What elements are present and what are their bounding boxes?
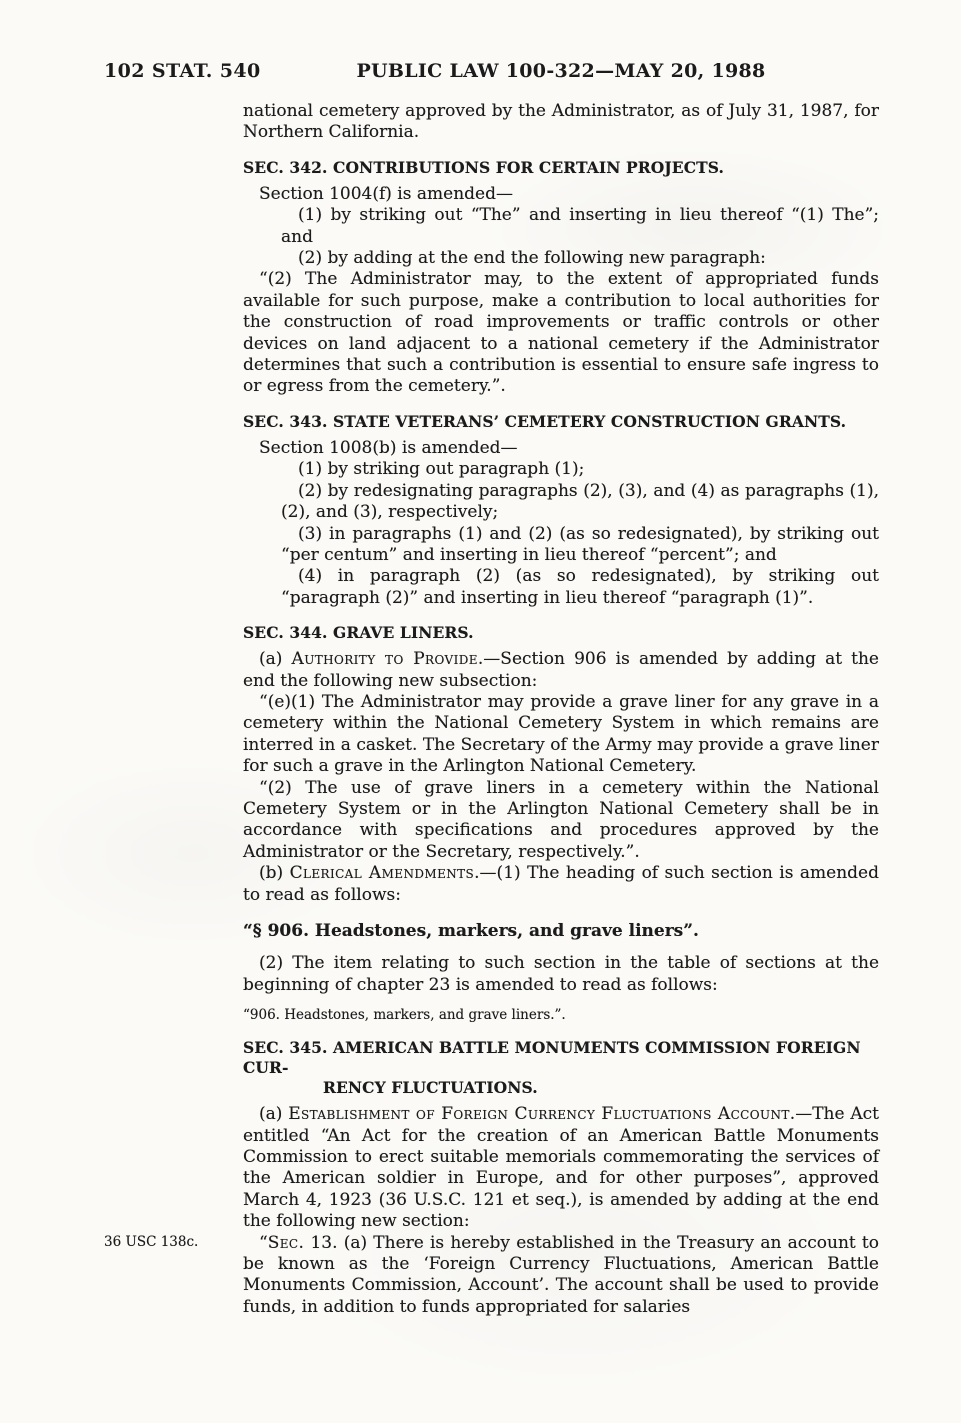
subsection-label: (a) xyxy=(259,1104,288,1124)
quoted-section-heading: “§ 906. Headstones, markers, and grave l… xyxy=(243,921,879,942)
subparagraph: (3) in paragraphs (1) and (2) (as so red… xyxy=(281,524,879,567)
subparagraph: (4) in paragraph (2) (as so redesignated… xyxy=(281,566,879,609)
subsection-label: (b) xyxy=(259,863,290,883)
heading-line-2: RENCY FLUCTUATIONS. xyxy=(323,1078,879,1098)
statute-page: 102 STAT. 540 PUBLIC LAW 100-322—MAY 20,… xyxy=(0,0,961,1423)
section-344-heading: SEC. 344. GRAVE LINERS. xyxy=(243,623,879,643)
statute-paragraph: “(2) The use of grave liners in a cemete… xyxy=(243,778,879,864)
smallcaps-run: Establishment of Foreign Currency Fluctu… xyxy=(288,1104,790,1124)
smallcaps-run: Authority to Provide xyxy=(292,649,478,669)
paragraph-text: 13. (a) There is hereby established in t… xyxy=(243,1233,879,1317)
heading-line-1: SEC. 345. AMERICAN BATTLE MONUMENTS COMM… xyxy=(243,1038,879,1078)
subparagraph: (2) by adding at the end the following n… xyxy=(281,248,879,269)
statute-paragraph: (a) Authority to Provide.—Section 906 is… xyxy=(243,649,879,692)
statute-paragraph: 36 USC 138c.“Sec. 13. (a) There is hereb… xyxy=(243,1233,879,1319)
statute-paragraph: (a) Establishment of Foreign Currency Fl… xyxy=(243,1104,879,1232)
statute-paragraph: “(2) The Administrator may, to the exten… xyxy=(243,269,879,397)
section-345-heading: SEC. 345. AMERICAN BATTLE MONUMENTS COMM… xyxy=(243,1038,879,1098)
statute-paragraph: Section 1008(b) is amended— xyxy=(243,438,879,459)
smallcaps-run: Clerical Amendments xyxy=(290,863,475,883)
statute-body: national cemetery approved by the Admini… xyxy=(243,101,879,1318)
continuation-paragraph: national cemetery approved by the Admini… xyxy=(243,101,879,144)
public-law-title: PUBLIC LAW 100-322—MAY 20, 1988 xyxy=(243,60,879,82)
table-of-sections-entry: “906. Headstones, markers, and grave lin… xyxy=(243,1007,879,1024)
stat-page-number: 102 STAT. 540 xyxy=(104,60,261,82)
subparagraph: (1) by striking out “The” and inserting … xyxy=(281,205,879,248)
subsection-label: (a) xyxy=(259,649,292,669)
section-343-heading: SEC. 343. STATE VETERANS’ CEMETERY CONST… xyxy=(243,412,879,432)
subparagraph: (1) by striking out paragraph (1); xyxy=(281,459,879,480)
section-342-heading: SEC. 342. CONTRIBUTIONS FOR CERTAIN PROJ… xyxy=(243,158,879,178)
statute-paragraph: (b) Clerical Amendments.—(1) The heading… xyxy=(243,863,879,906)
statute-paragraph: Section 1004(f) is amended— xyxy=(243,184,879,205)
statute-paragraph: (2) The item relating to such section in… xyxy=(243,953,879,996)
smallcaps-run: Sec. xyxy=(268,1233,305,1253)
usc-margin-note: 36 USC 138c. xyxy=(104,1234,236,1251)
subparagraph: (2) by redesignating paragraphs (2), (3)… xyxy=(281,481,879,524)
statute-paragraph: “(e)(1) The Administrator may provide a … xyxy=(243,692,879,778)
open-quote: “ xyxy=(259,1233,268,1253)
